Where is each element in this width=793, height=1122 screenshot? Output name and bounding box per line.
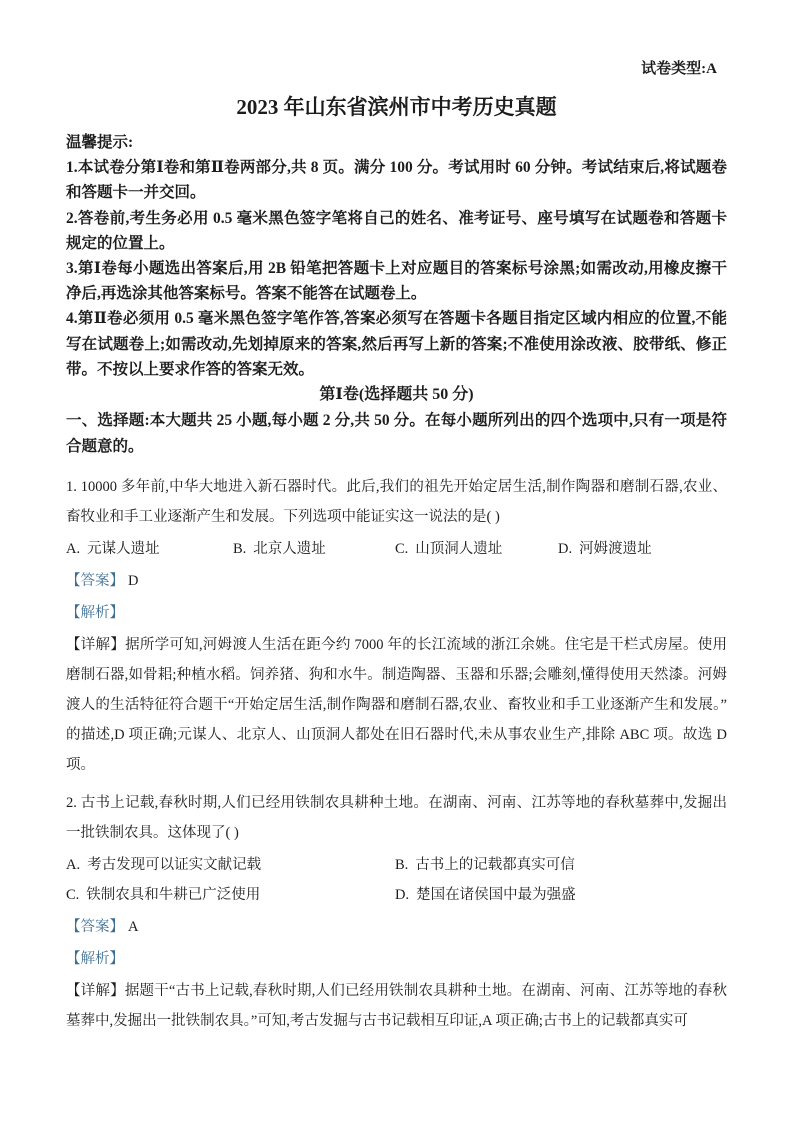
analysis-label: 【解析】 [66,951,124,967]
option-label: D. [558,541,572,557]
answer-label: 【答案】 [66,919,124,935]
option-text: 河姆渡遗址 [579,541,652,557]
question-1-option-a: A.元谋人遗址 [66,534,233,564]
question-2-option-d: D.楚国在诸侯国中最为强盛 [395,880,727,910]
option-text: 北京人遗址 [253,541,326,557]
question-2-option-b: B.古书上的记载都真实可信 [395,850,727,880]
detail-text: 据所学可知,河姆渡人生活在距今约 7000 年的长江流域的浙江余姚。住宅是干栏式… [66,637,727,773]
question-2-analysis-line: 【解析】 [66,944,727,974]
option-label: B. [233,541,246,557]
question-2-options: A.考古发现可以证实文献记载 B.古书上的记载都真实可信 C.铁制农具和牛耕已广… [66,850,727,910]
option-label: B. [395,857,408,873]
question-1-analysis-line: 【解析】 [66,598,727,628]
question-2-detail: 【详解】据题干“古书上记载,春秋时期,人们已经用铁制农具耕种土地。在湖南、河南、… [66,976,727,1036]
option-label: A. [66,541,80,557]
section-intro: 一、选择题:本大题共 25 小题,每小题 2 分,共 50 分。在每小题所列出的… [66,408,727,460]
notice-item-3: 3.第Ⅰ卷每小题选出答案后,用 2B 铅笔把答题卡上对应题目的答案标号涂黑;如需… [66,256,727,306]
section-heading: 第Ⅰ卷(选择题共 50 分) [66,382,727,408]
notice-item-2: 2.答卷前,考生务必用 0.5 毫米黑色签字笔将自己的姓名、准考证号、座号填写在… [66,206,727,256]
option-text: 楚国在诸侯国中最为强盛 [416,887,576,903]
question-1-options: A.元谋人遗址 B.北京人遗址 C.山顶洞人遗址 D.河姆渡遗址 [66,534,727,564]
option-text: 古书上的记载都真实可信 [415,857,575,873]
question-1-option-c: C.山顶洞人遗址 [395,534,558,564]
question-1-answer-line: 【答案】D [66,566,727,596]
analysis-label: 【解析】 [66,605,124,621]
detail-text: 据题干“古书上记载,春秋时期,人们已经用铁制农具耕种土地。在湖南、河南、江苏等地… [66,983,727,1029]
page-title: 2023 年山东省滨州市中考历史真题 [66,92,727,122]
option-label: C. [395,541,408,557]
question-1-detail: 【详解】据所学可知,河姆渡人生活在距今约 7000 年的长江流域的浙江余姚。住宅… [66,630,727,780]
notice-item-4: 4.第Ⅱ卷必须用 0.5 毫米黑色签字笔作答,答案必须写在答题卡各题目指定区域内… [66,306,727,382]
question-2-answer-line: 【答案】A [66,912,727,942]
paper-type-label: 试卷类型:A [66,58,727,80]
question-2-stem: 2. 古书上记载,春秋时期,人们已经用铁制农具耕种土地。在湖南、河南、江苏等地的… [66,788,727,848]
detail-label: 【详解】 [66,637,125,653]
exam-page: 试卷类型:A 2023 年山东省滨州市中考历史真题 温馨提示: 1.本试卷分第Ⅰ… [0,0,793,1122]
notice-heading: 温馨提示: [66,130,727,155]
option-label: D. [395,887,409,903]
question-1-option-d: D.河姆渡遗址 [558,534,727,564]
question-1-option-b: B.北京人遗址 [233,534,395,564]
option-text: 山顶洞人遗址 [415,541,502,557]
answer-label: 【答案】 [66,573,124,589]
question-2-option-a: A.考古发现可以证实文献记载 [66,850,395,880]
questions-area: 1. 10000 多年前,中华大地进入新石器时代。此后,我们的祖先开始定居生活,… [66,472,727,1036]
answer-value: D [128,573,138,589]
question-1-stem: 1. 10000 多年前,中华大地进入新石器时代。此后,我们的祖先开始定居生活,… [66,472,727,532]
detail-label: 【详解】 [66,983,125,999]
question-2-option-c: C.铁制农具和牛耕已广泛使用 [66,880,395,910]
option-label: C. [66,887,79,903]
option-text: 铁制农具和牛耕已广泛使用 [86,887,260,903]
notice-section: 温馨提示: 1.本试卷分第Ⅰ卷和第Ⅱ卷两部分,共 8 页。满分 100 分。考试… [66,130,727,382]
option-text: 元谋人遗址 [87,541,160,557]
option-text: 考古发现可以证实文献记载 [87,857,261,873]
question-2: 2. 古书上记载,春秋时期,人们已经用铁制农具耕种土地。在湖南、河南、江苏等地的… [66,788,727,1036]
answer-value: A [128,919,138,935]
option-label: A. [66,857,80,873]
question-1: 1. 10000 多年前,中华大地进入新石器时代。此后,我们的祖先开始定居生活,… [66,472,727,780]
notice-item-1: 1.本试卷分第Ⅰ卷和第Ⅱ卷两部分,共 8 页。满分 100 分。考试用时 60 … [66,155,727,205]
